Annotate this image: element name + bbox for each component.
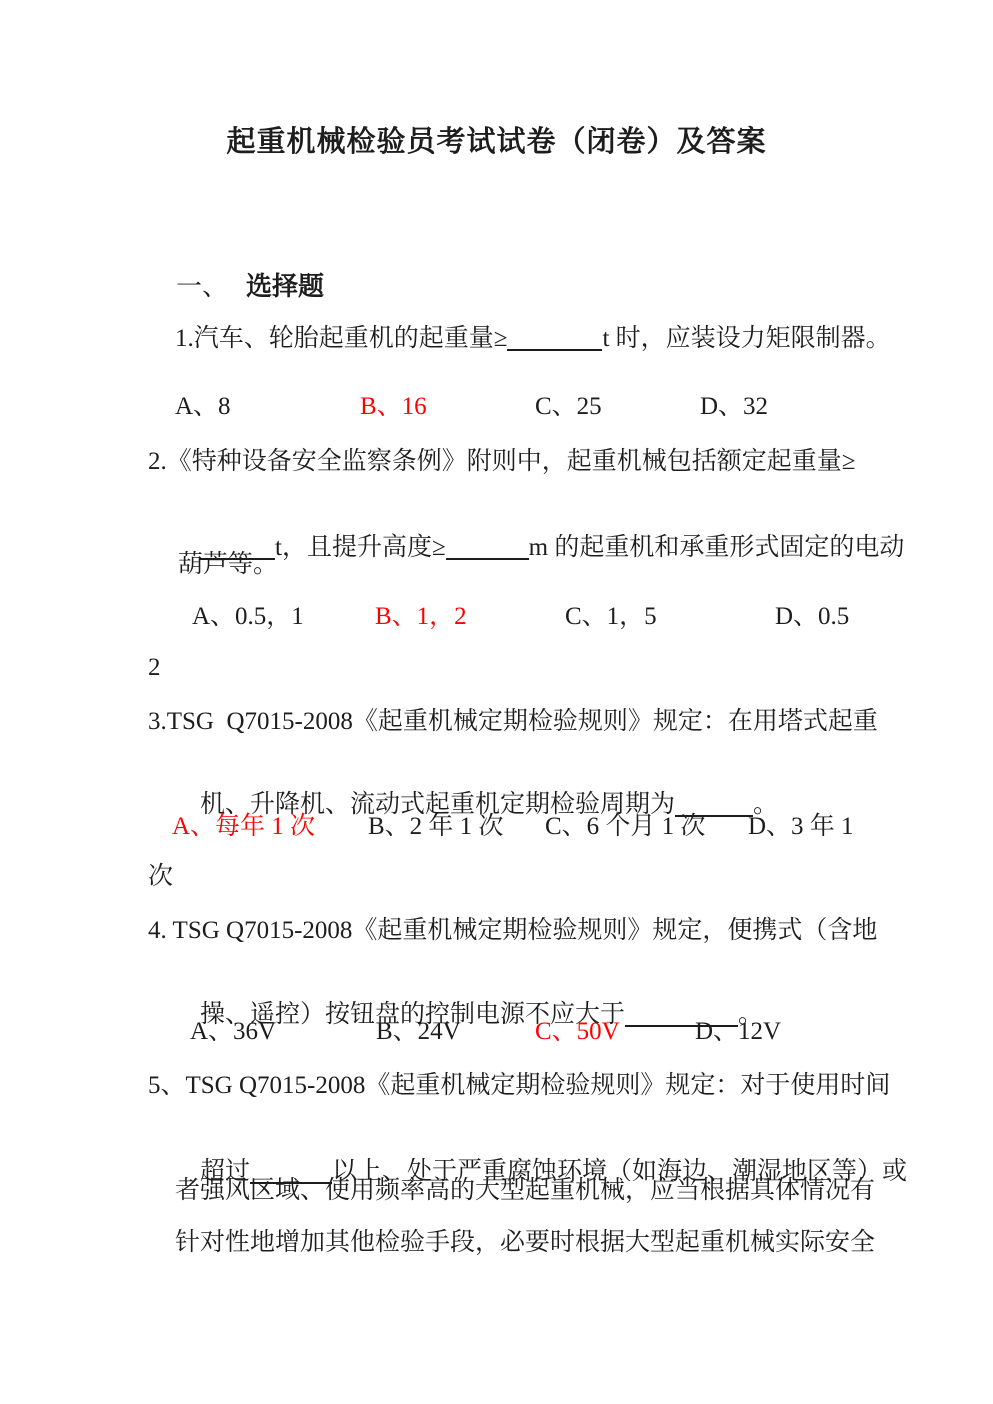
q3-option-b: B、2 年 1 次 (368, 811, 503, 844)
q3-option-d-overflow: 次 (148, 861, 173, 894)
q1-option-c: C、25 (535, 391, 602, 424)
q2-option-d: D、0.5 (775, 601, 849, 634)
question-5-line-1: 5、TSG Q7015-2008《起重机械定期检验规则》规定：对于使用时间 (148, 1070, 890, 1103)
q1-stem-post: t 时，应装设力矩限制器。 (602, 325, 890, 352)
question-2-line-2: t，且提升高度≥m 的起重机和承重形式固定的电动 (175, 499, 904, 597)
q2-option-b-correct: B、1，2 (375, 601, 467, 634)
q2-answer-blank-2 (446, 558, 529, 560)
q1-option-a: A、8 (175, 391, 231, 424)
question-5-line-4: 针对性地增加其他检验手段，必要时根据大型起重机械实际安全 (175, 1227, 875, 1260)
q2-option-c: C、1，5 (565, 601, 657, 634)
question-2-line-3: 葫芦等。 (178, 549, 278, 582)
q2-option-a: A、0.5，1 (192, 601, 304, 634)
q1-answer-blank (507, 349, 602, 351)
q3-option-d: D、3 年 1 (748, 811, 854, 844)
q2-line2-mid: t，且提升高度≥ (275, 534, 446, 561)
q2-option-d-overflow: 2 (148, 652, 161, 685)
q4-option-d: D、12V (695, 1016, 781, 1049)
q1-stem-pre: 1.汽车、轮胎起重机的起重量≥ (175, 325, 507, 352)
question-5-line-3: 者强风区域、使用频率高的大型起重机械，应当根据具体情况有 (175, 1175, 875, 1208)
q1-option-d: D、32 (700, 391, 768, 424)
q1-option-b-correct: B、16 (360, 391, 427, 424)
exam-document-page: 起重机械检验员考试试卷（闭卷）及答案 一、选择题 1.汽车、轮胎起重机的起重量≥… (0, 0, 993, 1404)
q2-line2-end: m 的起重机和承重形式固定的电动 (529, 534, 905, 561)
q4-option-b: B、24V (376, 1016, 461, 1049)
q3-option-a-correct: A、每年 1 次 (172, 811, 315, 844)
question-1-stem: 1.汽车、轮胎起重机的起重量≥t 时，应装设力矩限制器。 (150, 290, 891, 388)
q3-option-c: C、6 个月 1 次 (545, 811, 705, 844)
exam-title: 起重机械检验员考试试卷（闭卷）及答案 (0, 124, 993, 162)
question-4-line-2: 操、遥控）按钮盘的控制电源不应大于。 (175, 966, 763, 1064)
question-4-line-1: 4. TSG Q7015-2008《起重机械定期检验规则》规定，便携式（含地 (148, 915, 877, 948)
q4-option-a: A、36V (190, 1016, 276, 1049)
question-3-line-1: 3.TSG Q7015-2008《起重机械定期检验规则》规定：在用塔式起重 (148, 706, 878, 739)
q4-option-c-correct: C、50V (535, 1016, 620, 1049)
question-2-line-1: 2.《特种设备安全监察条例》附则中，起重机械包括额定起重量≥ (148, 446, 855, 479)
